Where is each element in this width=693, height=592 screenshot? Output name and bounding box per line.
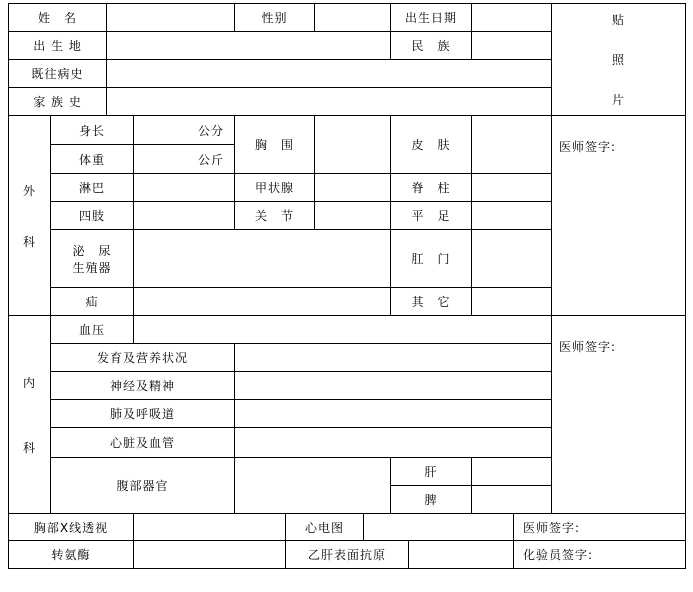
- bottom-doctor-signature-cell[interactable]: 医师签字:: [514, 514, 686, 541]
- name-value-cell[interactable]: [107, 4, 235, 32]
- weight-value-cell[interactable]: 公斤: [134, 145, 235, 174]
- blood-pressure-value-cell[interactable]: [134, 316, 552, 344]
- liver-label: 肝: [391, 458, 472, 486]
- thyroid-label: 甲状腺: [235, 174, 315, 202]
- name-label: 姓 名: [9, 4, 107, 32]
- alt-value-cell[interactable]: [134, 541, 286, 569]
- other-label: 其 它: [391, 288, 472, 316]
- flatfoot-value-cell[interactable]: [472, 202, 552, 230]
- ethnicity-label: 民 族: [391, 32, 472, 60]
- ecg-label: 心电图: [286, 514, 364, 541]
- hbsag-label: 乙肝表面抗原: [286, 541, 409, 569]
- nerves-label: 神经及精神: [51, 372, 235, 400]
- alt-label: 转氨酶: [9, 541, 134, 569]
- limbs-value-cell[interactable]: [134, 202, 235, 230]
- photo-char-2: 照: [612, 51, 625, 68]
- anus-label: 肛 门: [391, 230, 472, 288]
- chest-label: 胸 围: [235, 116, 315, 174]
- development-value-cell[interactable]: [235, 344, 552, 372]
- technician-signature-label: 化验员签字:: [523, 548, 593, 562]
- photo-char-1: 贴: [612, 11, 625, 28]
- surgery-section-label: 外 科: [9, 116, 51, 316]
- skin-value-cell[interactable]: [472, 116, 552, 174]
- development-label: 发育及营养状况: [51, 344, 235, 372]
- spleen-label: 脾: [391, 486, 472, 514]
- internal-char-2: 科: [23, 439, 36, 456]
- urogenital-value-cell[interactable]: [134, 230, 391, 288]
- hbsag-value-cell[interactable]: [409, 541, 514, 569]
- abdominal-label: 腹部器官: [51, 458, 235, 514]
- joints-value-cell[interactable]: [315, 202, 391, 230]
- lymph-value-cell[interactable]: [134, 174, 235, 202]
- family-history-value-cell[interactable]: [107, 88, 552, 116]
- skin-label: 皮 肤: [391, 116, 472, 174]
- heart-label: 心脏及血管: [51, 428, 235, 458]
- heart-value-cell[interactable]: [235, 428, 552, 458]
- flatfoot-label: 平 足: [391, 202, 472, 230]
- family-history-label: 家 族 史: [9, 88, 107, 116]
- birthplace-value-cell[interactable]: [107, 32, 391, 60]
- lungs-value-cell[interactable]: [235, 400, 552, 428]
- thyroid-value-cell[interactable]: [315, 174, 391, 202]
- abdominal-value-cell[interactable]: [235, 458, 391, 514]
- photo-area[interactable]: 贴 照 片: [552, 4, 686, 116]
- birthdate-label: 出生日期: [391, 4, 472, 32]
- spine-label: 脊 柱: [391, 174, 472, 202]
- joints-label: 关 节: [235, 202, 315, 230]
- hernia-label: 疝: [51, 288, 134, 316]
- internal-doctor-signature-label: 医师签字:: [559, 340, 616, 354]
- chest-value-cell[interactable]: [315, 116, 391, 174]
- weight-label: 体重: [51, 145, 134, 174]
- internal-section-label: 内 科: [9, 316, 51, 514]
- height-label: 身长: [51, 116, 134, 145]
- medical-exam-form-page: 姓 名 性别 出生日期 贴 照 片 出 生 地 民 族 既往病史 家 族 史 外: [0, 0, 693, 592]
- gender-label: 性别: [235, 4, 315, 32]
- ecg-value-cell[interactable]: [364, 514, 514, 541]
- limbs-label: 四肢: [51, 202, 134, 230]
- gender-value-cell[interactable]: [315, 4, 391, 32]
- kg-unit-label: 公斤: [198, 153, 224, 167]
- past-history-label: 既往病史: [9, 60, 107, 88]
- spine-value-cell[interactable]: [472, 174, 552, 202]
- urogenital-label: 泌 尿 生殖器: [51, 230, 134, 288]
- medical-exam-form-table: 姓 名 性别 出生日期 贴 照 片 出 生 地 民 族 既往病史 家 族 史 外: [8, 3, 686, 569]
- surgery-doctor-signature-cell[interactable]: 医师签字:: [552, 116, 686, 316]
- xray-value-cell[interactable]: [134, 514, 286, 541]
- technician-signature-cell[interactable]: 化验员签字:: [514, 541, 686, 569]
- surgery-char-1: 外: [23, 182, 36, 199]
- hernia-value-cell[interactable]: [134, 288, 391, 316]
- spleen-value-cell[interactable]: [472, 486, 552, 514]
- nerves-value-cell[interactable]: [235, 372, 552, 400]
- lymph-label: 淋巴: [51, 174, 134, 202]
- liver-value-cell[interactable]: [472, 458, 552, 486]
- blood-pressure-label: 血压: [51, 316, 134, 344]
- height-value-cell[interactable]: 公分: [134, 116, 235, 145]
- internal-char-1: 内: [23, 374, 36, 391]
- birthplace-label: 出 生 地: [9, 32, 107, 60]
- birthdate-value-cell[interactable]: [472, 4, 552, 32]
- bottom-doctor-signature-label: 医师签字:: [523, 521, 580, 535]
- other-value-cell[interactable]: [472, 288, 552, 316]
- anus-value-cell[interactable]: [472, 230, 552, 288]
- urogenital-label-line2: 生殖器: [51, 259, 133, 276]
- surgery-char-2: 科: [23, 233, 36, 250]
- photo-caption: 贴 照 片: [552, 11, 685, 108]
- lungs-label: 肺及呼吸道: [51, 400, 235, 428]
- past-history-value-cell[interactable]: [107, 60, 552, 88]
- photo-char-3: 片: [612, 91, 625, 108]
- internal-doctor-signature-cell[interactable]: 医师签字:: [552, 316, 686, 514]
- urogenital-label-line1: 泌 尿: [51, 242, 133, 259]
- xray-label: 胸部X线透视: [9, 514, 134, 541]
- cm-unit-label: 公分: [198, 124, 224, 138]
- surgery-doctor-signature-label: 医师签字:: [559, 140, 616, 154]
- ethnicity-value-cell[interactable]: [472, 32, 552, 60]
